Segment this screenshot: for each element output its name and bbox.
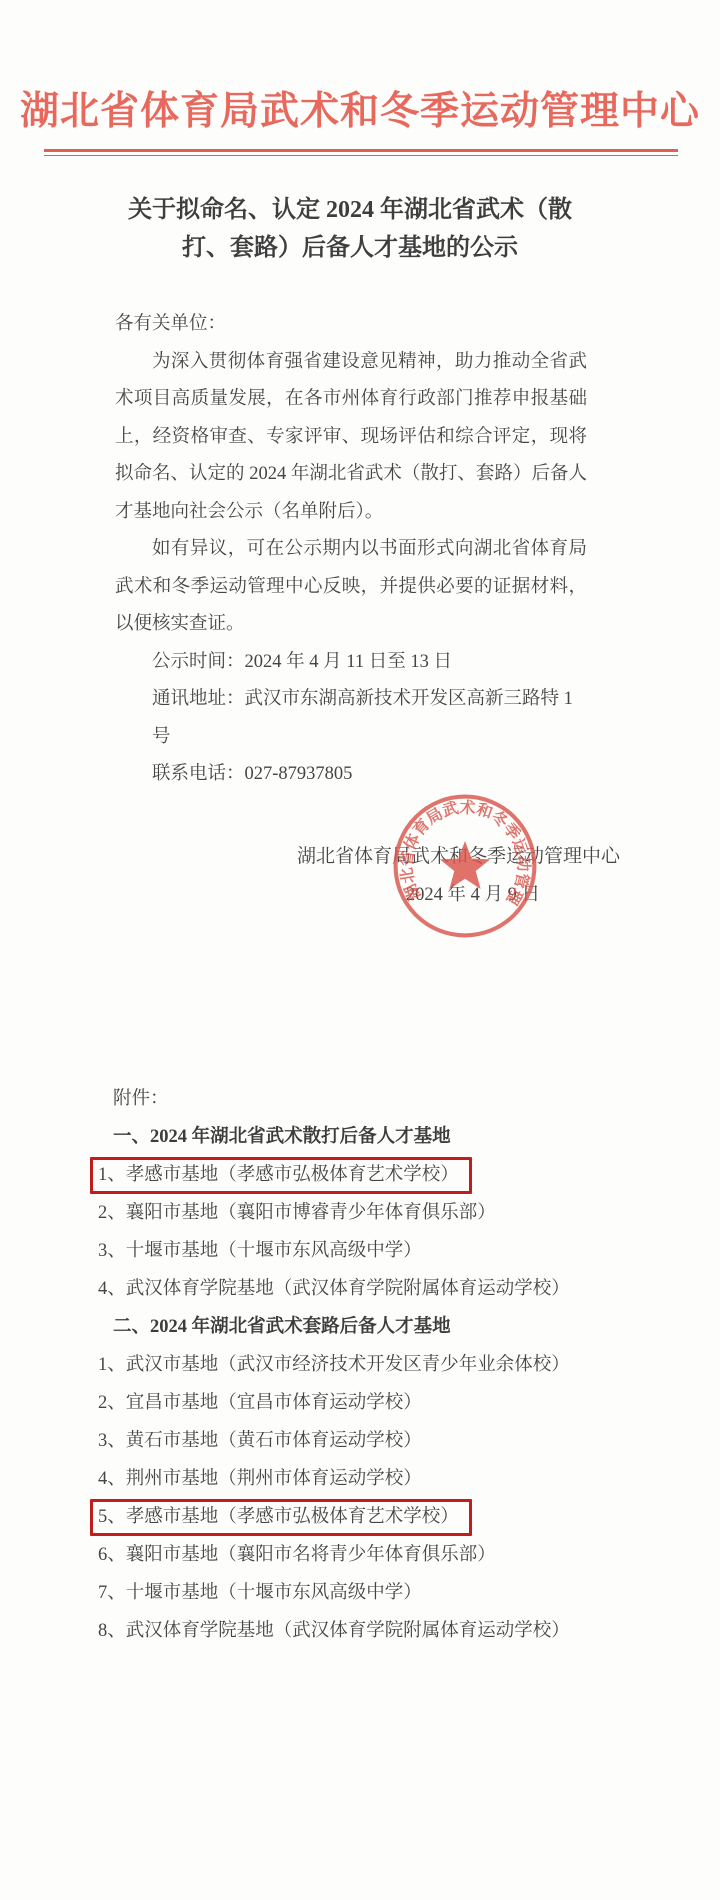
list-item-text: 1、孝感市基地（孝感市弘极体育艺术学校） [98, 1165, 459, 1185]
list-item: 4、荆州市基地（荆州市体育运动学校） [98, 1460, 580, 1498]
contact-phone: 联系电话：027-87937805 [115, 756, 587, 794]
list-item: 1、武汉市基地（武汉市经济技术开发区青少年业余体校） [98, 1346, 580, 1384]
document-title-line1: 关于拟命名、认定 2024 年湖北省武术（散 [110, 191, 590, 229]
list-item: 1、孝感市基地（孝感市弘极体育艺术学校） [98, 1156, 580, 1194]
list-item: 2、宜昌市基地（宜昌市体育运动学校） [98, 1384, 580, 1422]
salutation: 各有关单位： [115, 306, 587, 344]
letterhead-divider [44, 149, 678, 156]
list-item: 5、孝感市基地（孝感市弘极体育艺术学校） [98, 1498, 580, 1536]
list-item: 2、襄阳市基地（襄阳市博睿青少年体育俱乐部） [98, 1194, 580, 1232]
attachment-section: 附件： 一、2024 年湖北省武术散打后备人才基地 1、孝感市基地（孝感市弘极体… [98, 1080, 580, 1650]
paragraph-1: 为深入贯彻体育强省建设意见精神，助力推动全省武术项目高质量发展，在各市州体育行政… [115, 344, 587, 532]
mailing-address: 通讯地址：武汉市东湖高新技术开发区高新三路特 1 号 [115, 681, 587, 756]
document-title: 关于拟命名、认定 2024 年湖北省武术（散 打、套路）后备人才基地的公示 [110, 191, 590, 267]
document-body: 各有关单位： 为深入贯彻体育强省建设意见精神，助力推动全省武术项目高质量发展，在… [115, 306, 587, 794]
attachment-label: 附件： [98, 1080, 580, 1118]
list-item: 8、武汉体育学院基地（武汉体育学院附属体育运动学校） [98, 1612, 580, 1650]
document-title-line2: 打、套路）后备人才基地的公示 [110, 229, 590, 267]
list-item: 4、武汉体育学院基地（武汉体育学院附属体育运动学校） [98, 1270, 580, 1308]
highlight-box: 5、孝感市基地（孝感市弘极体育艺术学校） [90, 1499, 472, 1536]
paragraph-2: 如有异议，可在公示期内以书面形式向湖北省体育局武术和冬季运动管理中心反映，并提供… [115, 531, 587, 644]
list-item: 6、襄阳市基地（襄阳市名将青少年体育俱乐部） [98, 1536, 580, 1574]
attachment-heading-taolu: 二、2024 年湖北省武术套路后备人才基地 [98, 1308, 580, 1346]
attachment-heading-sanda: 一、2024 年湖北省武术散打后备人才基地 [98, 1118, 580, 1156]
list-item-text: 5、孝感市基地（孝感市弘极体育艺术学校） [98, 1507, 459, 1527]
highlight-box: 1、孝感市基地（孝感市弘极体育艺术学校） [90, 1157, 472, 1194]
star-icon [440, 841, 490, 889]
official-seal: 湖北省体育局武术和冬季运动管理中心 [391, 792, 539, 940]
list-item: 7、十堰市基地（十堰市东风高级中学） [98, 1574, 580, 1612]
letterhead-org-name: 湖北省体育局武术和冬季运动管理中心 [0, 80, 720, 136]
document-page: 湖北省体育局武术和冬季运动管理中心 关于拟命名、认定 2024 年湖北省武术（散… [0, 0, 720, 1900]
list-item: 3、十堰市基地（十堰市东风高级中学） [98, 1232, 580, 1270]
list-item: 3、黄石市基地（黄石市体育运动学校） [98, 1422, 580, 1460]
publicity-period: 公示时间：2024 年 4 月 11 日至 13 日 [115, 644, 587, 682]
